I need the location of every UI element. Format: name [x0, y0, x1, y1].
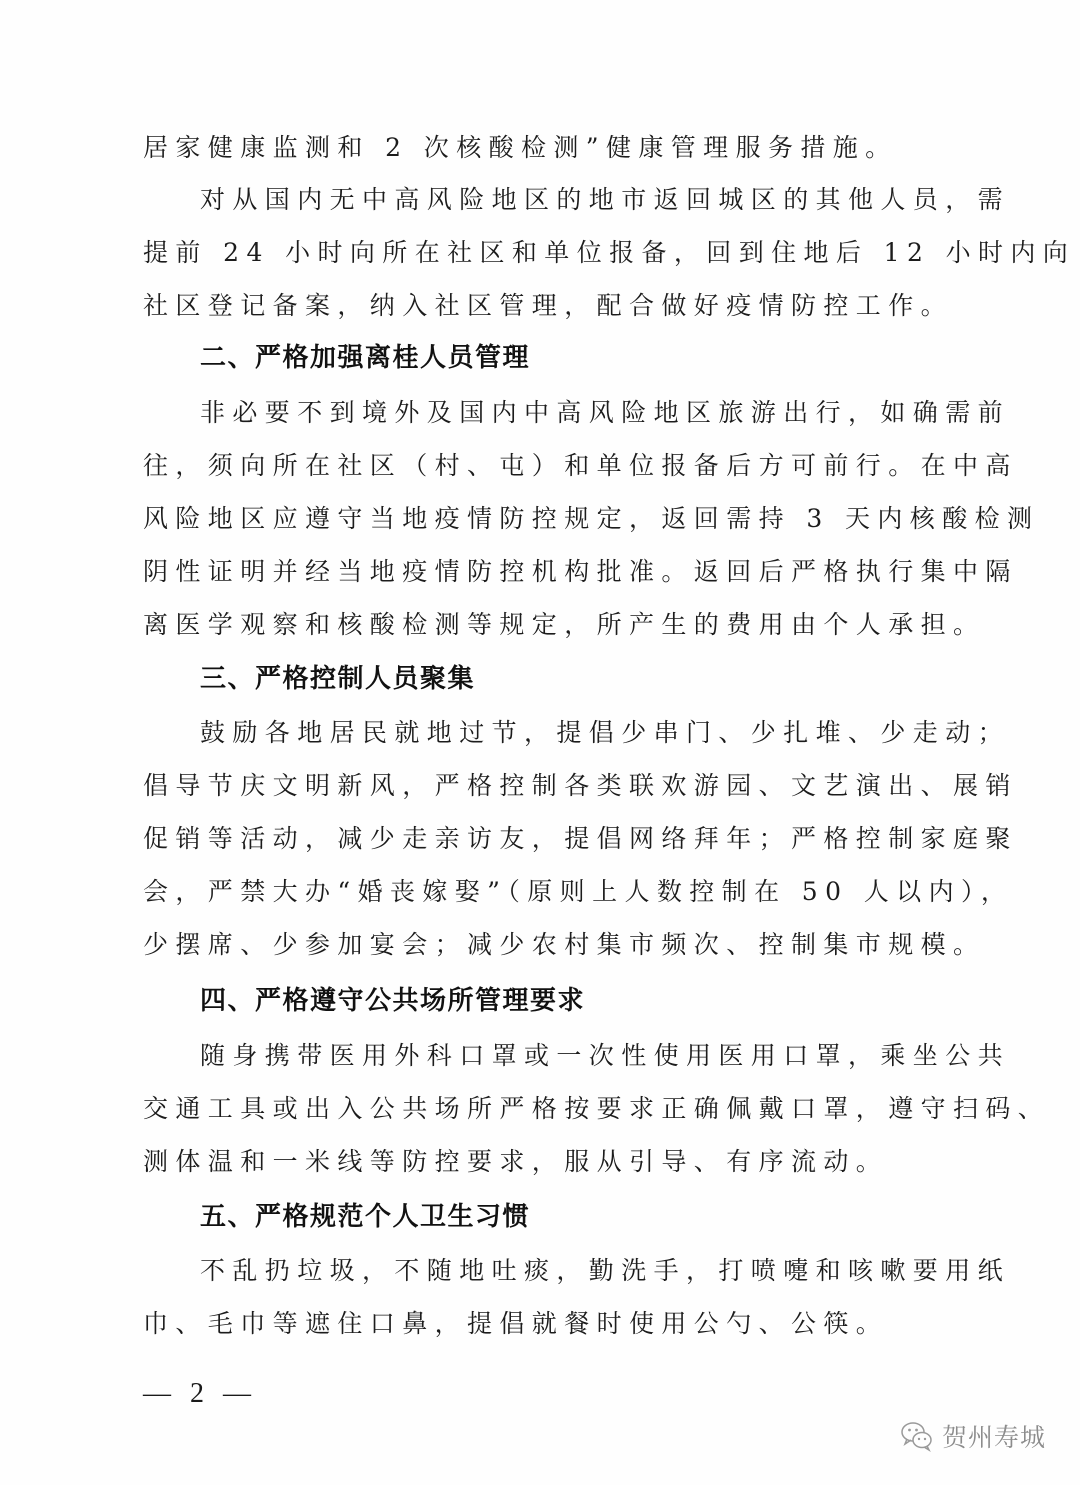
body-line: 交通工具或出入公共场所严格按要求正确佩戴口罩，遵守扫码、 — [143, 1092, 943, 1126]
section-heading: 二、严格加强离桂人员管理 — [200, 341, 1000, 375]
body-line: 测体温和一米线等防控要求，服从引导、有序流动。 — [143, 1145, 943, 1179]
body-line: 巾、毛巾等遮住口鼻，提倡就餐时使用公勺、公筷。 — [143, 1307, 943, 1341]
document-page: 居家健康监测和 2 次核酸检测”健康管理服务措施。 对从国内无中高风险地区的地市… — [0, 0, 1080, 1485]
body-line: 促销等活动，减少走亲访友，提倡网络拜年；严格控制家庭聚 — [143, 822, 943, 856]
body-line: 社区登记备案，纳入社区管理，配合做好疫情防控工作。 — [143, 289, 943, 323]
account-name: 贺州寿城 — [942, 1418, 1046, 1454]
section-heading: 三、严格控制人员聚集 — [200, 662, 1000, 696]
watermark: 贺州寿城 — [900, 1418, 1046, 1454]
body-line: 离医学观察和核酸检测等规定，所产生的费用由个人承担。 — [143, 608, 943, 642]
body-line: 倡导节庆文明新风，严格控制各类联欢游园、文艺演出、展销 — [143, 769, 943, 803]
body-line: 阴性证明并经当地疫情防控机构批准。返回后严格执行集中隔 — [143, 555, 943, 589]
section-heading: 四、严格遵守公共场所管理要求 — [200, 984, 1000, 1018]
body-line: 居家健康监测和 2 次核酸检测”健康管理服务措施。 — [143, 131, 943, 165]
body-line: 提前 24 小时向所在社区和单位报备，回到住地后 12 小时内向 — [143, 236, 943, 270]
body-line: 非必要不到境外及国内中高风险地区旅游出行，如确需前 — [200, 396, 1000, 430]
body-line: 少摆席、少参加宴会；减少农村集市频次、控制集市规模。 — [143, 928, 943, 962]
page-number: — 2 — — [143, 1378, 257, 1410]
body-line: 对从国内无中高风险地区的地市返回城区的其他人员，需 — [200, 183, 1000, 217]
body-line: 会，严禁大办“婚丧嫁娶”（原则上人数控制在 50 人以内）， — [143, 875, 943, 909]
body-line: 往，须向所在社区（村、屯）和单位报备后方可前行。在中高 — [143, 449, 943, 483]
body-line: 随身携带医用外科口罩或一次性使用医用口罩，乘坐公共 — [200, 1039, 1000, 1073]
body-line: 不乱扔垃圾，不随地吐痰，勤洗手，打喷嚏和咳嗽要用纸 — [200, 1254, 1000, 1288]
body-line: 鼓励各地居民就地过节，提倡少串门、少扎堆、少走动； — [200, 716, 1000, 750]
wechat-icon — [900, 1419, 934, 1453]
section-heading: 五、严格规范个人卫生习惯 — [200, 1200, 1000, 1234]
body-line: 风险地区应遵守当地疫情防控规定，返回需持 3 天内核酸检测 — [143, 502, 943, 536]
